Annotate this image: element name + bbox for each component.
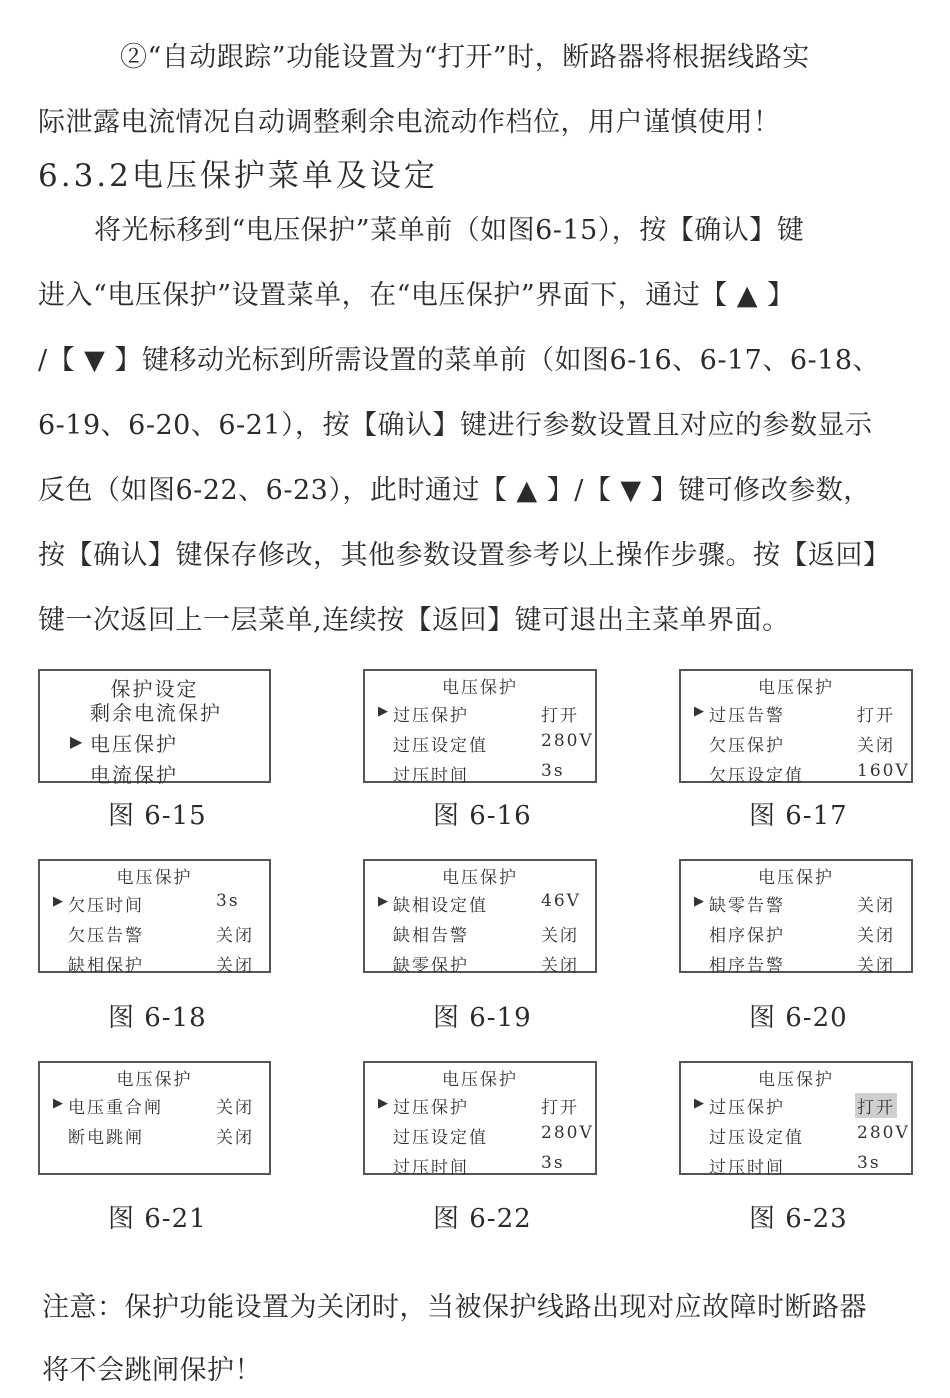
lcd-screen-figure: 电压保护▶过压保护打开过压设定值280V过压时间3s [679,1061,913,1175]
paragraph-line: 进入“电压保护”设置菜单，在“电压保护”界面下，通过【 ▲ 】 [38,273,918,312]
lcd-row-value: 3s [857,1153,881,1173]
lcd-row-label: 过压时间 [393,761,469,786]
lcd-screen-figure: 电压保护▶过压告警打开欠压保护关闭欠压设定值160V [679,669,913,783]
lcd-menu-row: 过压时间3s [681,1153,911,1177]
lcd-screen-figure: 电压保护▶欠压时间3s欠压告警关闭缺相保护关闭 [38,859,271,973]
lcd-row-label: 欠压告警 [68,921,144,946]
lcd-menu-row: ▶电压保护 [40,728,269,752]
lcd-row-label: 断电跳闸 [68,1123,144,1148]
lcd-row-label: 过压设定值 [709,1123,804,1148]
lcd-row-value: 关闭 [857,731,895,756]
lcd-menu-row: ▶过压保护打开 [681,1093,911,1117]
lcd-title: 电压保护 [681,863,911,888]
lcd-row-value: 关闭 [857,951,895,976]
figure-caption: 图 6-16 [433,795,532,832]
lcd-menu-row: ▶缺零告警关闭 [681,891,911,915]
lcd-row-value: 280V [857,1123,910,1143]
lcd-menu-row: ▶过压告警打开 [681,701,911,725]
lcd-menu-row: 断电跳闸关闭 [40,1123,269,1147]
lcd-title: 电压保护 [40,863,269,888]
lcd-menu-row: 过压设定值280V [365,731,595,755]
lcd-title: 电压保护 [365,863,595,888]
lcd-menu-row: 欠压设定值160V [681,761,911,785]
lcd-menu-row: 过压设定值280V [681,1123,911,1147]
lcd-row-label: 过压时间 [393,1153,469,1178]
lcd-screen-figure: 电压保护▶过压保护打开过压设定值280V过压时间3s [363,669,597,783]
lcd-menu-row: 缺相保护关闭 [40,951,269,975]
lcd-menu-row: ▶欠压时间3s [40,891,269,915]
cursor-arrow-icon: ▶ [53,1096,65,1111]
figure-caption: 图 6-15 [108,795,207,832]
lcd-row-label: 过压告警 [709,701,785,726]
lcd-row-label: 缺零保护 [393,951,469,976]
lcd-row-value: 关闭 [541,921,579,946]
lcd-menu-row: 相序告警关闭 [681,951,911,975]
cursor-arrow-icon: ▶ [694,894,706,909]
lcd-row-label: 欠压设定值 [709,761,804,786]
lcd-row-value: 46V [541,891,581,911]
lcd-screen-figure: 保护设定剩余电流保护▶电压保护电流保护 [38,669,271,783]
cursor-arrow-icon: ▶ [53,894,65,909]
lcd-menu-row: 缺相告警关闭 [365,921,595,945]
lcd-title: 电压保护 [40,1065,269,1090]
lcd-row-value: 关闭 [857,891,895,916]
lcd-title: 电压保护 [365,673,595,698]
cursor-arrow-icon: ▶ [694,1096,706,1111]
figure-caption: 图 6-19 [433,997,532,1034]
figure-caption: 图 6-18 [108,997,207,1034]
lcd-row-label: 过压保护 [393,1093,469,1118]
paragraph-line: 反色（如图6-22、6-23），此时通过【 ▲ 】/【 ▼ 】键可修改参数， [38,468,918,507]
lcd-row-value: 关闭 [216,951,254,976]
lcd-row-label: 过压设定值 [393,731,488,756]
lcd-row-value: 280V [541,731,594,751]
lcd-title: 电压保护 [681,1065,911,1090]
lcd-row-value: 打开 [857,701,895,726]
lcd-row-value: 3s [541,1153,565,1173]
lcd-menu-row: 相序保护关闭 [681,921,911,945]
lcd-menu-row: ▶过压保护打开 [365,1093,595,1117]
lcd-row-value: 3s [216,891,240,911]
figure-caption: 图 6-23 [749,1198,848,1235]
lcd-row-value: 3s [541,761,565,781]
lcd-screen-figure: 电压保护▶缺零告警关闭相序保护关闭相序告警关闭 [679,859,913,973]
lcd-row-label: 过压设定值 [393,1123,488,1148]
lcd-row-label: 电压保护 [90,728,178,757]
lcd-row-value-inverted: 打开 [855,1093,897,1118]
paragraph-line: 将光标移到“电压保护”菜单前（如图6-15），按【确认】键 [94,208,950,247]
figure-caption: 图 6-20 [749,997,848,1034]
lcd-row-value: 关闭 [216,921,254,946]
lcd-row-label: 电压重合闸 [68,1093,163,1118]
lcd-row-value: 打开 [541,701,579,726]
lcd-row-label: 缺相保护 [68,951,144,976]
lcd-row-value: 关闭 [216,1093,254,1118]
lcd-menu-row: 欠压告警关闭 [40,921,269,945]
lcd-row-value: 160V [857,761,910,781]
paragraph-line: 际泄露电流情况自动调整剩余电流动作档位，用户谨慎使用！ [38,100,918,139]
lcd-menu-row: 过压时间3s [365,761,595,785]
lcd-menu-row: 缺零保护关闭 [365,951,595,975]
figure-caption: 图 6-17 [749,795,848,832]
lcd-title: 电压保护 [681,673,911,698]
lcd-menu-row: 过压设定值280V [365,1123,595,1147]
lcd-row-label: 缺零告警 [709,891,785,916]
note-line: 将不会跳闸保护！ [42,1348,922,1387]
lcd-screen-figure: 电压保护▶过压保护打开过压设定值280V过压时间3s [363,1061,597,1175]
cursor-arrow-icon: ▶ [378,894,390,909]
lcd-row-label: 欠压时间 [68,891,144,916]
lcd-title: 电压保护 [365,1065,595,1090]
lcd-screen-figure: 电压保护▶电压重合闸关闭断电跳闸关闭 [38,1061,271,1175]
paragraph-line: /【 ▼ 】键移动光标到所需设置的菜单前（如图6-16、6-17、6-18、 [38,338,918,377]
lcd-row-label: 过压保护 [709,1093,785,1118]
lcd-row-value: 关闭 [541,951,579,976]
lcd-menu-row: 过压时间3s [365,1153,595,1177]
lcd-row-label: 过压保护 [393,701,469,726]
lcd-row-label: 缺相告警 [393,921,469,946]
lcd-row-label: 相序告警 [709,951,785,976]
lcd-row-label: 过压时间 [709,1153,785,1178]
lcd-row-label: 欠压保护 [709,731,785,756]
lcd-row-value: 关闭 [857,921,895,946]
lcd-row-value: 280V [541,1123,594,1143]
figure-caption: 图 6-21 [108,1198,207,1235]
cursor-arrow-icon: ▶ [694,704,706,719]
lcd-row-label: 相序保护 [709,921,785,946]
lcd-row-value: 关闭 [216,1123,254,1148]
lcd-row-label: 剩余电流保护 [90,697,222,726]
cursor-arrow-icon: ▶ [70,732,84,751]
lcd-menu-row: ▶过压保护打开 [365,701,595,725]
cursor-arrow-icon: ▶ [378,704,390,719]
lcd-menu-row: 剩余电流保护 [40,697,269,721]
figure-caption: 图 6-22 [433,1198,532,1235]
paragraph-line: ②“自动跟踪”功能设置为“打开”时，断路器将根据线路实 [120,35,950,74]
lcd-menu-row: 电流保护 [40,759,269,783]
cursor-arrow-icon: ▶ [378,1096,390,1111]
lcd-menu-row: ▶电压重合闸关闭 [40,1093,269,1117]
lcd-menu-row: ▶缺相设定值46V [365,891,595,915]
paragraph-line: 键一次返回上一层菜单,连续按【返回】键可退出主菜单界面。 [38,598,918,637]
section-heading: 6.3.2电压保护菜单及设定 [38,150,438,195]
lcd-screen-figure: 电压保护▶缺相设定值46V缺相告警关闭缺零保护关闭 [363,859,597,973]
note-line: 注意：保护功能设置为关闭时，当被保护线路出现对应故障时断路器 [42,1285,922,1324]
lcd-menu-row: 欠压保护关闭 [681,731,911,755]
lcd-row-label: 电流保护 [90,759,178,788]
lcd-row-label: 缺相设定值 [393,891,488,916]
paragraph-line: 按【确认】键保存修改，其他参数设置参考以上操作步骤。按【返回】 [38,533,918,572]
lcd-row-value: 打开 [541,1093,579,1118]
paragraph-line: 6-19、6-20、6-21），按【确认】键进行参数设置且对应的参数显示 [38,403,918,442]
